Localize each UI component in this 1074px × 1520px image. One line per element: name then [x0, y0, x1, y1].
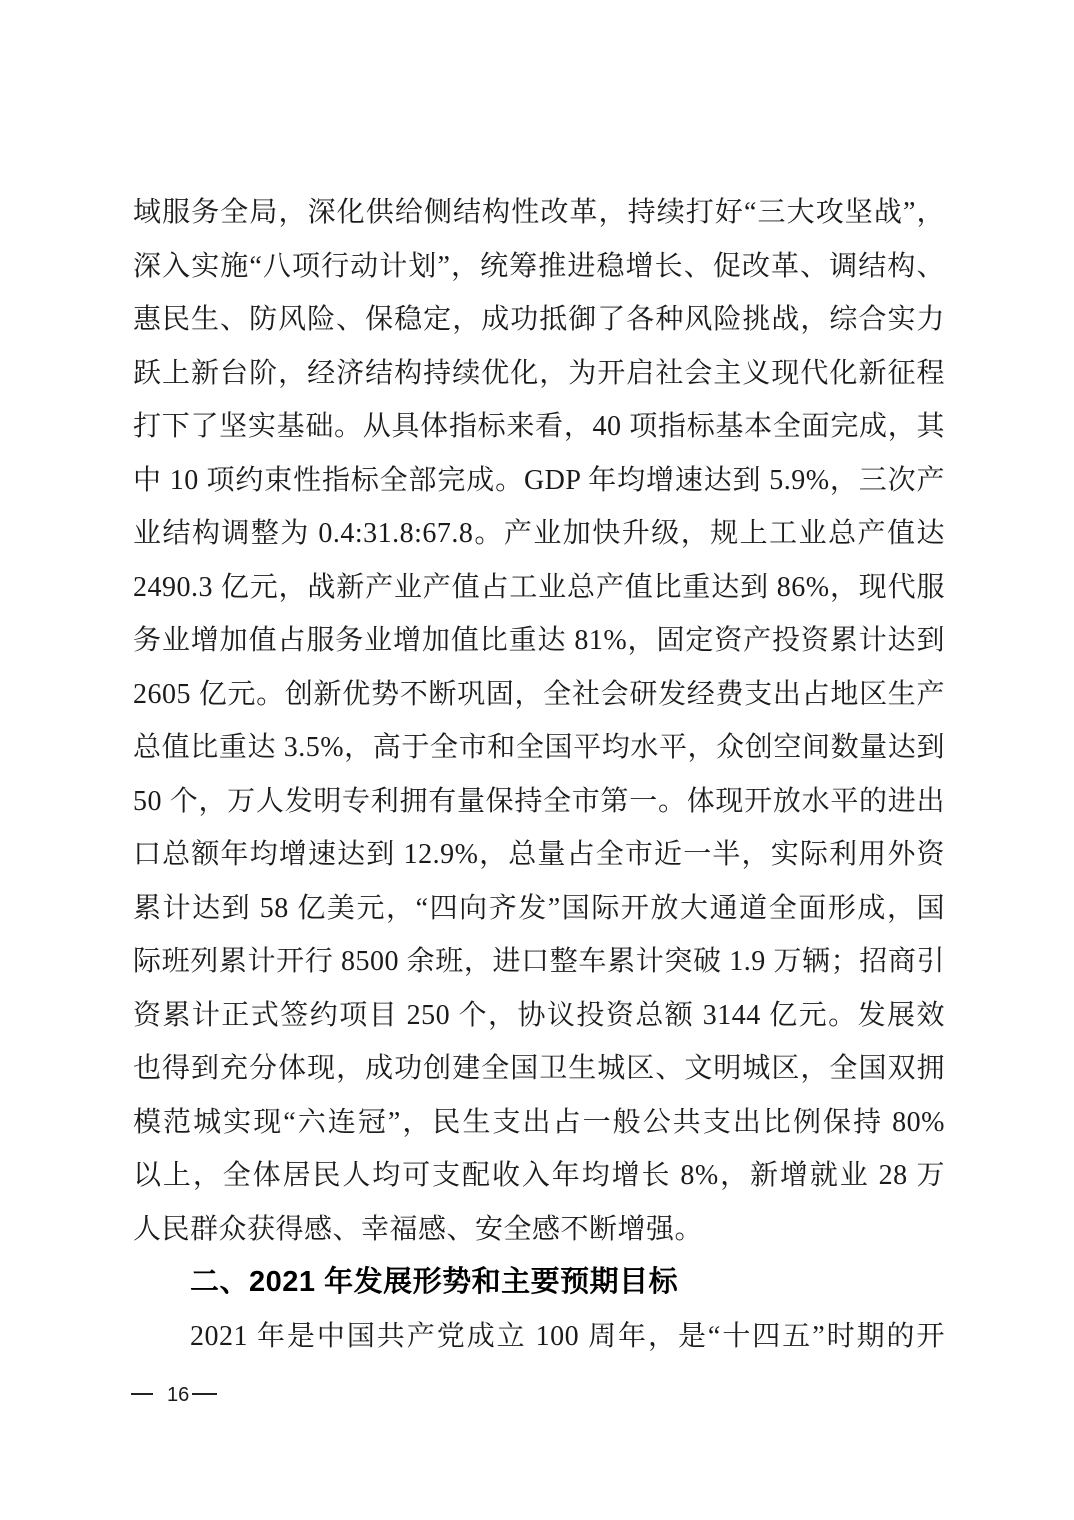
page-number: 16	[167, 1382, 189, 1408]
body-line-paragraph-end: 人民群众获得感、幸福感、安全感不断增强。	[133, 1203, 945, 1257]
section-heading: 二、2021 年发展形势和主要预期目标	[133, 1256, 945, 1310]
body-line: 2490.3 亿元，战新产业产值占工业总产值比重达到 86%，现代服	[133, 561, 945, 615]
page-footer: 16	[131, 1382, 217, 1408]
body-line: 打下了坚实基础。从具体指标来看，40 项指标基本全面完成，其	[133, 400, 945, 454]
body-line: 口总额年均增速达到 12.9%，总量占全市近一半，实际利用外资	[133, 828, 945, 882]
body-line: 际班列累计开行 8500 余班，进口整车累计突破 1.9 万辆；招商引	[133, 935, 945, 989]
body-line-new-paragraph: 2021 年是中国共产党成立 100 周年，是“十四五”时期的开	[133, 1310, 945, 1364]
footer-dash-right	[192, 1393, 217, 1395]
body-line: 2605 亿元。创新优势不断巩固，全社会研发经费支出占地区生产	[133, 668, 945, 722]
body-line: 深入实施“八项行动计划”，统筹推进稳增长、促改革、调结构、	[133, 240, 945, 294]
body-line: 业结构调整为 0.4:31.8:67.8。产业加快升级，规上工业总产值达到	[133, 507, 945, 561]
body-line: 总值比重达 3.5%，高于全市和全国平均水平，众创空间数量达到	[133, 721, 945, 775]
body-line: 资累计正式签约项目 250 个，协议投资总额 3144 亿元。发展效益	[133, 989, 945, 1043]
body-line: 以上，全体居民人均可支配收入年均增长 8%，新增就业 28 万人，	[133, 1149, 945, 1203]
body-line: 跃上新台阶，经济结构持续优化，为开启社会主义现代化新征程	[133, 347, 945, 401]
body-line: 域服务全局，深化供给侧结构性改革，持续打好“三大攻坚战”，	[133, 186, 945, 240]
footer-dash-left	[131, 1393, 153, 1395]
body-line: 务业增加值占服务业增加值比重达 81%，固定资产投资累计达到	[133, 614, 945, 668]
body-line: 惠民生、防风险、保稳定，成功抵御了各种风险挑战，综合实力	[133, 293, 945, 347]
document-page: 域服务全局，深化供给侧结构性改革，持续打好“三大攻坚战”， 深入实施“八项行动计…	[0, 0, 1074, 1520]
text-block: 域服务全局，深化供给侧结构性改革，持续打好“三大攻坚战”， 深入实施“八项行动计…	[133, 186, 945, 1363]
body-line: 50 个，万人发明专利拥有量保持全市第一。体现开放水平的进出	[133, 775, 945, 829]
body-line: 也得到充分体现，成功创建全国卫生城区、文明城区，全国双拥	[133, 1042, 945, 1096]
body-line: 中 10 项约束性指标全部完成。GDP 年均增速达到 5.9%，三次产	[133, 454, 945, 508]
body-line: 累计达到 58 亿美元，“四向齐发”国际开放大通道全面形成，国	[133, 882, 945, 936]
body-line: 模范城实现“六连冠”，民生支出占一般公共支出比例保持 80%	[133, 1096, 945, 1150]
